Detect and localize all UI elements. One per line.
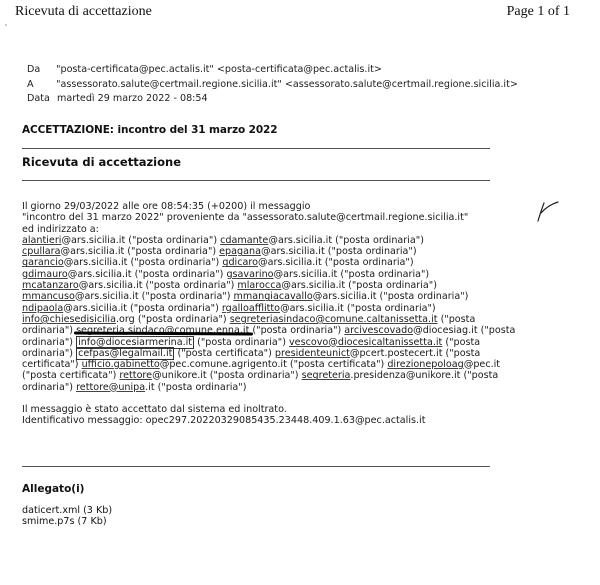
recipient-text: @ars.sicilia.it ("posta ordinaria")	[281, 280, 437, 291]
recipient-address: segreteria	[302, 370, 351, 381]
intro-line: Il giorno 29/03/2022 alle ore 08:54:35 (…	[22, 201, 582, 212]
recipient-line: alantieri@ars.sicilia.it ("posta ordinar…	[22, 235, 582, 246]
recipient-address: rgalloafflitto	[222, 303, 280, 314]
recipient-address: alantieri	[22, 235, 61, 246]
recipient-text: @ars.sicilia.it ("posta ordinaria")	[64, 257, 223, 268]
to-value: "assessorato.salute@certmail.regione.sic…	[56, 79, 518, 90]
recipient-line: info@chiesedisicilia.org ("posta ordinar…	[22, 314, 582, 325]
recipient-text: ordinaria")	[22, 325, 76, 336]
recipient-address: mmancuso	[22, 291, 75, 302]
recipient-text: @ars.sicilia.it ("posta ordinaria")	[313, 291, 469, 302]
scan-artifact	[5, 24, 7, 26]
recipient-address: garancio	[22, 257, 64, 268]
intro-line: "incontro del 31 marzo 2022" proveniente…	[22, 212, 582, 223]
outro-line: Il messaggio è stato accettato dal siste…	[22, 404, 582, 415]
recipient-text: ("posta ordinaria")	[249, 325, 344, 336]
outro-line: Identificativo messaggio: opec297.202203…	[22, 415, 582, 426]
recipient-address: arcivescovado	[344, 325, 413, 336]
divider	[22, 466, 490, 467]
divider	[22, 180, 490, 181]
recipient-text: .presidenza@unikore.it ("posta	[350, 370, 498, 381]
recipient-text: @unikore.it ("posta ordinaria")	[152, 370, 302, 381]
circled-recipient-address: cefpas@legalmail.it	[76, 347, 174, 360]
recipient-text: ordinaria")	[22, 348, 76, 359]
recipient-address: gdimauro	[22, 269, 68, 280]
recipient-address: gsavarino	[226, 269, 273, 280]
recipient-line: mmancuso@ars.sicilia.it ("posta ordinari…	[22, 291, 582, 302]
divider	[22, 148, 490, 149]
recipient-text: .it ("posta ordinaria")	[145, 382, 246, 393]
recipient-text: @ars.sicilia.it ("posta ordinaria")	[258, 257, 414, 268]
print-page-header: Ricevuta di accettazione Page 1 of 1	[15, 4, 580, 24]
receipt-body: Il giorno 29/03/2022 alle ore 08:54:35 (…	[22, 201, 582, 427]
recipient-text: ("posta ordinaria")	[194, 337, 289, 348]
recipient-line: garancio@ars.sicilia.it ("posta ordinari…	[22, 257, 582, 268]
print-header-title: Ricevuta di accettazione	[15, 4, 152, 20]
intro-line: ed indirizzato a:	[22, 224, 582, 235]
recipient-text: ordinaria")	[22, 382, 76, 393]
recipient-address: rettore	[119, 370, 152, 381]
email-metadata: Da "posta-certificata@pec.actalis.it" <p…	[27, 63, 518, 107]
recipient-text: @ars.sicilia.it ("posta ordinaria")	[60, 246, 219, 257]
recipient-text: @ars.sicilia.it ("posta ordinaria")	[274, 269, 430, 280]
recipient-text: ("posta certificata")	[22, 370, 119, 381]
from-value: "posta-certificata@pec.actalis.it" <post…	[56, 64, 382, 75]
subject-heading: ACCETTAZIONE: incontro del 31 marzo 2022	[22, 124, 277, 136]
recipient-text: ("posta	[442, 337, 480, 348]
page-number: Page 1 of 1	[507, 4, 570, 20]
recipient-line: certificata") ufficio.gabinetto@pec.comu…	[22, 359, 582, 370]
recipient-address: mcatanzaro	[22, 280, 79, 291]
recipient-text: ("posta certificata")	[174, 348, 274, 359]
section-heading: Ricevuta di accettazione	[22, 155, 181, 169]
recipient-address: rettore@unipa	[76, 382, 145, 393]
recipient-line: cpullara@ars.sicilia.it ("posta ordinari…	[22, 246, 582, 257]
recipient-address: info@chiesedisicilia	[22, 314, 116, 325]
recipient-list: alantieri@ars.sicilia.it ("posta ordinar…	[22, 235, 582, 393]
spacer	[22, 393, 582, 404]
recipient-address: gdicaro	[222, 257, 258, 268]
recipient-text: @ars.sicilia.it ("posta ordinaria")	[61, 235, 220, 246]
recipient-text: .org ("posta ordinaria")	[116, 314, 230, 325]
recipient-address: ufficio.gabinetto	[82, 359, 160, 370]
recipient-address: mmangiacavallo	[234, 291, 313, 302]
recipient-text: @ars.sicilia.it ("posta ordinaria")	[261, 246, 417, 257]
recipient-text: @pec.it	[464, 359, 500, 370]
struck-recipient-address: segreteria.sindaco@comune.enna.it	[76, 325, 249, 336]
recipient-address: segreteriasindaco@comune.caltanissetta.i…	[230, 314, 438, 325]
recipient-text: @ars.sicilia.it ("posta ordinaria")	[280, 303, 436, 314]
date-label: Data	[27, 92, 50, 107]
attachment-item[interactable]: daticert.xml (3 Kb)	[22, 505, 112, 516]
recipient-text: ordinaria")	[22, 337, 76, 348]
attachment-list: daticert.xml (3 Kb) smime.p7s (7 Kb)	[22, 505, 112, 528]
recipient-address: presidenteunict	[275, 348, 350, 359]
recipient-text: @diocesiag.it ("posta	[413, 325, 515, 336]
attachments-heading: Allegato(i)	[22, 483, 84, 495]
recipient-line: ordinaria") rettore@unipa.it ("posta ord…	[22, 382, 582, 393]
to-row: A "assessorato.salute@certmail.regione.s…	[27, 78, 518, 93]
recipient-address: direzionepoloag	[387, 359, 463, 370]
recipient-text: @pec.comune.agrigento.it ("posta certifi…	[160, 359, 388, 370]
recipient-line: ("posta certificata") rettore@unikore.it…	[22, 370, 582, 381]
recipient-text: @pcert.postecert.it ("posta	[350, 348, 480, 359]
recipient-text: @ars.sicilia.it ("posta ordinaria")	[68, 269, 227, 280]
recipient-address: cpullara	[22, 246, 60, 257]
recipient-line: ordinaria") cefpas@legalmail.it ("posta …	[22, 348, 582, 359]
date-row: Data martedì 29 marzo 2022 - 08:54	[27, 92, 518, 107]
recipient-text: ("posta	[438, 314, 476, 325]
recipient-text: @ars.sicilia.it ("posta ordinaria")	[268, 235, 424, 246]
recipient-address: mlarocca	[237, 280, 281, 291]
from-label: Da	[27, 63, 53, 78]
recipient-address: vescovo@diocesicaltanissetta.it	[289, 337, 442, 348]
recipient-address: cdamante	[220, 235, 268, 246]
recipient-line: mcatanzaro@ars.sicilia.it ("posta ordina…	[22, 280, 582, 291]
recipient-text: @ars.sicilia.it ("posta ordinaria")	[63, 303, 222, 314]
recipient-address: epagana	[219, 246, 261, 257]
intro-paragraph: Il giorno 29/03/2022 alle ore 08:54:35 (…	[22, 201, 582, 235]
recipient-line: ndipaola@ars.sicilia.it ("posta ordinari…	[22, 303, 582, 314]
recipient-address: ndipaola	[22, 303, 63, 314]
to-label: A	[27, 78, 53, 93]
recipient-text: @ars.sicilia.it ("posta ordinaria")	[75, 291, 234, 302]
date-value: martedì 29 marzo 2022 - 08:54	[57, 93, 208, 104]
recipient-text: certificata")	[22, 359, 82, 370]
recipient-line: gdimauro@ars.sicilia.it ("posta ordinari…	[22, 269, 582, 280]
attachment-item[interactable]: smime.p7s (7 Kb)	[22, 516, 112, 527]
recipient-text: @ars.sicilia.it ("posta ordinaria")	[79, 280, 238, 291]
from-row: Da "posta-certificata@pec.actalis.it" <p…	[27, 63, 518, 78]
recipient-line: ordinaria") segreteria.sindaco@comune.en…	[22, 325, 582, 336]
outro-paragraph: Il messaggio è stato accettato dal siste…	[22, 404, 582, 427]
